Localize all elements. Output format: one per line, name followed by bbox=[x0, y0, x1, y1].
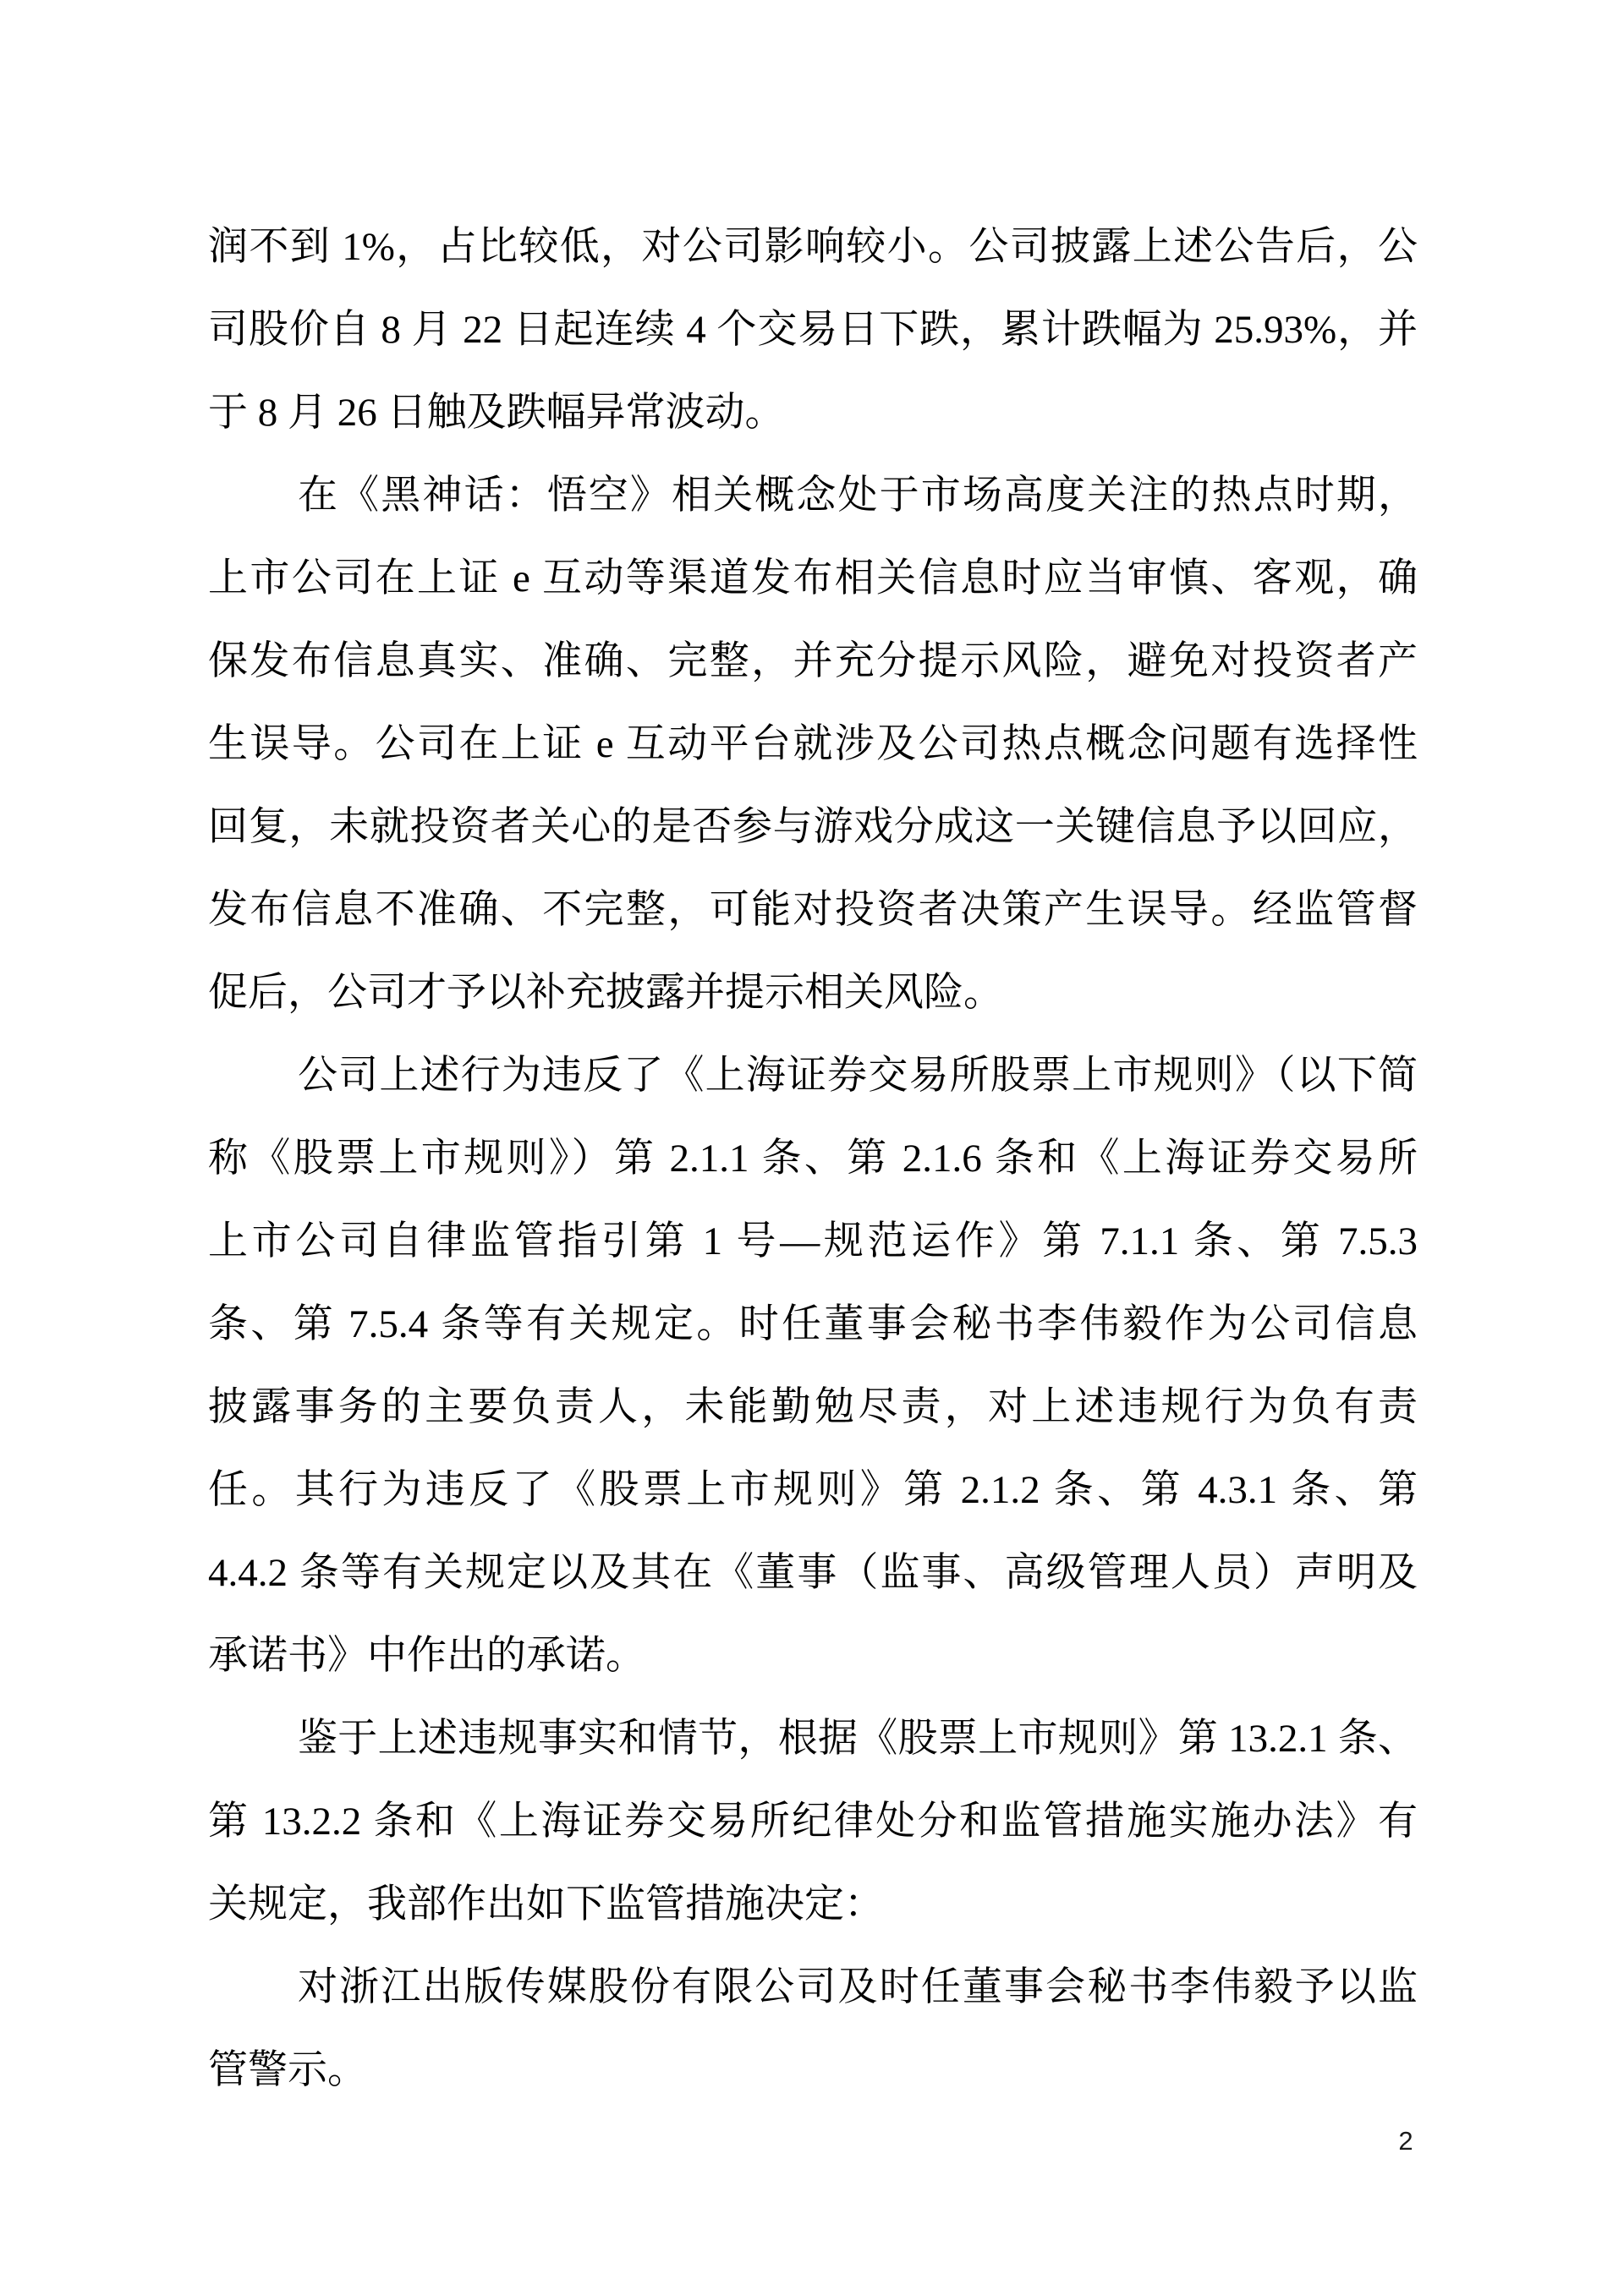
text-line: 公司上述行为违反了《上海证券交易所股票上市规则》（以下简 bbox=[208, 1034, 1418, 1117]
body-text-block: 润不到 1%，占比较低，对公司影响较小。公司披露上述公告后，公 司股价自 8 月… bbox=[208, 205, 1418, 2112]
text-line: 回复，未就投资者关心的是否参与游戏分成这一关键信息予以回应， bbox=[208, 786, 1418, 869]
text-line: 承诺书》中作出的承诺。 bbox=[208, 1614, 1418, 1697]
text-line: 于 8 月 26 日触及跌幅异常波动。 bbox=[208, 371, 1418, 454]
page-number: 2 bbox=[1379, 2124, 1433, 2158]
text-line: 在《黑神话：悟空》相关概念处于市场高度关注的热点时期， bbox=[208, 454, 1418, 537]
text-line: 管警示。 bbox=[208, 2029, 1418, 2112]
text-line: 生误导。公司在上证 e 互动平台就涉及公司热点概念问题有选择性 bbox=[208, 703, 1418, 786]
text-line: 对浙江出版传媒股份有限公司及时任董事会秘书李伟毅予以监 bbox=[208, 1946, 1418, 2029]
text-line: 司股价自 8 月 22 日起连续 4 个交易日下跌，累计跌幅为 25.93%，并 bbox=[208, 288, 1418, 371]
text-line: 鉴于上述违规事实和情节，根据《股票上市规则》第 13.2.1 条、 bbox=[208, 1697, 1418, 1780]
text-line: 任。其行为违反了《股票上市规则》第 2.1.2 条、第 4.3.1 条、第 bbox=[208, 1449, 1418, 1532]
text-line: 称《股票上市规则》）第 2.1.1 条、第 2.1.6 条和《上海证券交易所 bbox=[208, 1117, 1418, 1200]
text-line: 第 13.2.2 条和《上海证券交易所纪律处分和监管措施实施办法》有 bbox=[208, 1780, 1418, 1863]
text-line: 促后，公司才予以补充披露并提示相关风险。 bbox=[208, 951, 1418, 1034]
text-line: 4.4.2 条等有关规定以及其在《董事（监事、高级管理人员）声明及 bbox=[208, 1532, 1418, 1614]
text-line: 保发布信息真实、准确、完整，并充分提示风险，避免对投资者产 bbox=[208, 620, 1418, 703]
document-page: 润不到 1%，占比较低，对公司影响较小。公司披露上述公告后，公 司股价自 8 月… bbox=[0, 0, 1624, 2296]
text-line: 发布信息不准确、不完整，可能对投资者决策产生误导。经监管督 bbox=[208, 869, 1418, 951]
text-line: 上市公司自律监管指引第 1 号—规范运作》第 7.1.1 条、第 7.5.3 bbox=[208, 1200, 1418, 1283]
text-line: 关规定，我部作出如下监管措施决定： bbox=[208, 1863, 1418, 1946]
text-line: 上市公司在上证 e 互动等渠道发布相关信息时应当审慎、客观，确 bbox=[208, 537, 1418, 620]
text-line: 条、第 7.5.4 条等有关规定。时任董事会秘书李伟毅作为公司信息 bbox=[208, 1283, 1418, 1366]
text-line: 披露事务的主要负责人，未能勤勉尽责，对上述违规行为负有责 bbox=[208, 1366, 1418, 1449]
text-line: 润不到 1%，占比较低，对公司影响较小。公司披露上述公告后，公 bbox=[208, 205, 1418, 288]
